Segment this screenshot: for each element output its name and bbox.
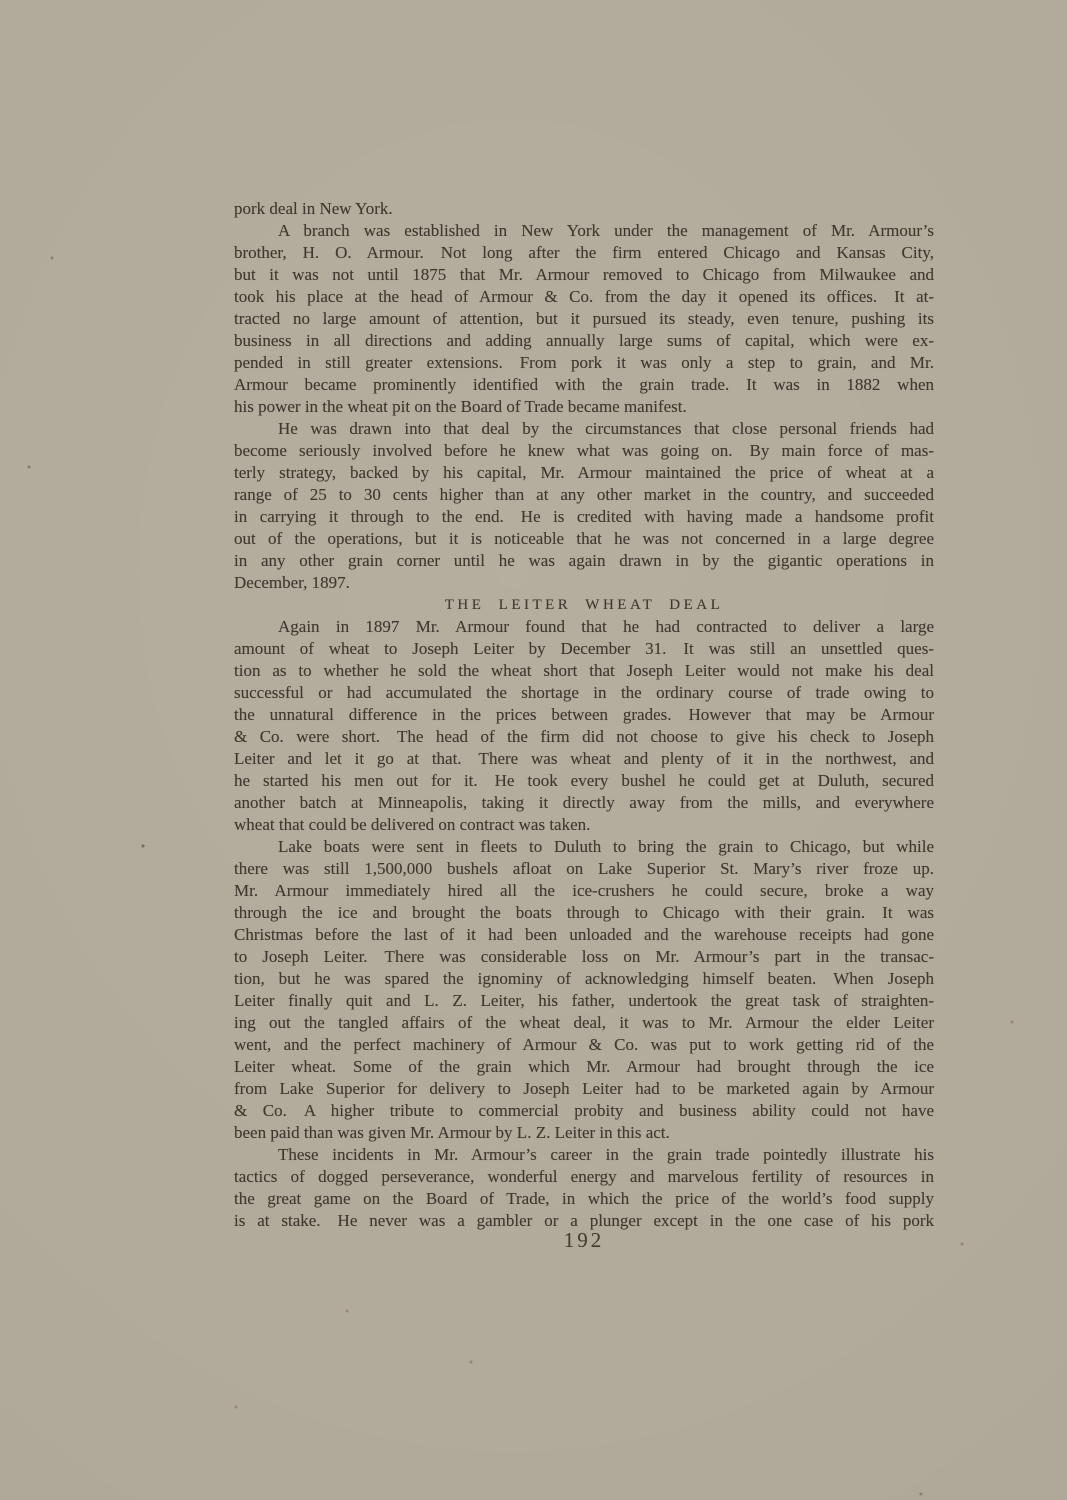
text-line: Leiter and let it go at that. There was … xyxy=(234,748,934,770)
text-line: brother, H. O. Armour. Not long after th… xyxy=(234,242,934,264)
text-line: Leiter finally quit and L. Z. Leiter, hi… xyxy=(234,990,934,1012)
text-line: become seriously involved before he knew… xyxy=(234,440,934,462)
text-line: pended in still greater extensions. From… xyxy=(234,352,934,374)
text-line: Armour became prominently identified wit… xyxy=(234,374,934,396)
text-line: successful or had accumulated the shorta… xyxy=(234,682,934,704)
text-line: pork deal in New York. xyxy=(234,198,934,220)
text-line: Christmas before the last of it had been… xyxy=(234,924,934,946)
text-line: went, and the perfect machinery of Armou… xyxy=(234,1034,934,1056)
page-text: pork deal in New York.A branch was estab… xyxy=(234,198,934,1232)
text-line: tactics of dogged perseverance, wonderfu… xyxy=(234,1166,934,1188)
text-line: the great game on the Board of Trade, in… xyxy=(234,1188,934,1210)
text-line: but it was not until 1875 that Mr. Armou… xyxy=(234,264,934,286)
text-line: been paid than was given Mr. Armour by L… xyxy=(234,1122,934,1144)
text-line: the unnatural difference in the prices b… xyxy=(234,704,934,726)
page-number: 192 xyxy=(234,1228,934,1253)
text-line: business in all directions and adding an… xyxy=(234,330,934,352)
text-line: there was still 1,500,000 bushels afloat… xyxy=(234,858,934,880)
text-line: in carrying it through to the end. He is… xyxy=(234,506,934,528)
text-line: wheat that could be delivered on contrac… xyxy=(234,814,934,836)
text-line: & Co. were short. The head of the firm d… xyxy=(234,726,934,748)
text-line: Lake boats were sent in fleets to Duluth… xyxy=(234,836,934,858)
text-line: his power in the wheat pit on the Board … xyxy=(234,396,934,418)
text-line: range of 25 to 30 cents higher than at a… xyxy=(234,484,934,506)
text-line: in any other grain corner until he was a… xyxy=(234,550,934,572)
text-line: to Joseph Leiter. There was considerable… xyxy=(234,946,934,968)
text-line: & Co. A higher tribute to commercial pro… xyxy=(234,1100,934,1122)
text-line: ing out the tangled affairs of the wheat… xyxy=(234,1012,934,1034)
text-line: Mr. Armour immediately hired all the ice… xyxy=(234,880,934,902)
text-line: A branch was established in New York und… xyxy=(234,220,934,242)
book-page: pork deal in New York.A branch was estab… xyxy=(0,0,1067,1500)
text-line: out of the operations, but it is noticea… xyxy=(234,528,934,550)
text-line: through the ice and brought the boats th… xyxy=(234,902,934,924)
section-heading: THE LEITER WHEAT DEAL xyxy=(234,594,934,616)
text-line: tion as to whether he sold the wheat sho… xyxy=(234,660,934,682)
text-line: December, 1897. xyxy=(234,572,934,594)
text-line: he started his men out for it. He took e… xyxy=(234,770,934,792)
text-line: terly strategy, backed by his capital, M… xyxy=(234,462,934,484)
text-line: from Lake Superior for delivery to Josep… xyxy=(234,1078,934,1100)
text-line: Leiter wheat. Some of the grain which Mr… xyxy=(234,1056,934,1078)
text-line: Again in 1897 Mr. Armour found that he h… xyxy=(234,616,934,638)
text-line: He was drawn into that deal by the circu… xyxy=(234,418,934,440)
text-line: tracted no large amount of attention, bu… xyxy=(234,308,934,330)
text-line: tion, but he was spared the ignominy of … xyxy=(234,968,934,990)
text-line: amount of wheat to Joseph Leiter by Dece… xyxy=(234,638,934,660)
text-line: took his place at the head of Armour & C… xyxy=(234,286,934,308)
text-line: another batch at Minneapolis, taking it … xyxy=(234,792,934,814)
text-line: These incidents in Mr. Armour’s career i… xyxy=(234,1144,934,1166)
